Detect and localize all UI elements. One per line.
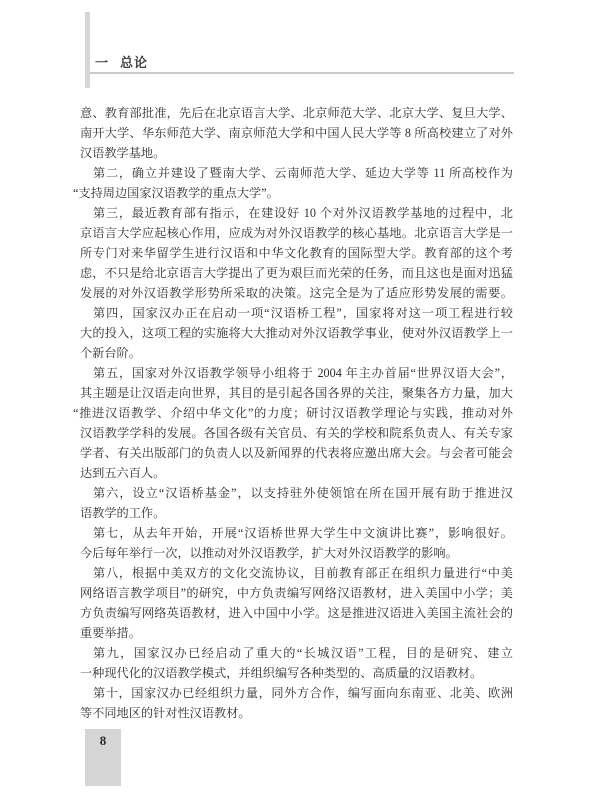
text-line: 达到五六百人。 — [80, 463, 513, 483]
text-line: 第五，国家对外汉语教学领导小组将于 2004 年主办首届“世界汉语大会”， — [80, 363, 513, 383]
text-line: “推进汉语教学、介绍中华文化”的力度；研讨汉语教学理论与实践，推动对外 — [80, 403, 513, 423]
chapter-header: 一 总论 — [95, 52, 148, 71]
page-number-block: 8 — [85, 729, 121, 786]
text-line: 汉语教学基地。 — [80, 143, 513, 163]
text-line: 虑，不只是给北京语言大学提出了更为艰巨而光荣的任务，而且这也是面对迅猛 — [80, 263, 513, 283]
text-line: 重要举措。 — [80, 623, 513, 643]
text-line: 意、教育部批准，先后在北京语言大学、北京师范大学、北京大学、复旦大学、 — [80, 103, 513, 123]
text-line: 第六，设立“汉语桥基金”，以支持驻外使领馆在所在国开展有助于推进汉 — [80, 483, 513, 503]
text-line: 第四，国家汉办正在启动一项“汉语桥工程”，国家将对这一项工程进行较 — [80, 303, 513, 323]
text-line: 其主题是让汉语走向世界，其目的是引起各国各界的关注，聚集各方力量，加大 — [80, 383, 513, 403]
text-line: 第八，根据中美双方的文化交流协议，目前教育部正在组织力量进行“中美 — [80, 563, 513, 583]
text-line: 第十，国家汉办已经组织力量，同外方合作，编写面向东南亚、北美、欧洲 — [80, 683, 513, 703]
text-line: 个新台阶。 — [80, 343, 513, 363]
text-line: 所专门对来华留学生进行汉语和中华文化教育的国际型大学。教育部的这个考 — [80, 243, 513, 263]
text-line: 方负责编写网络英语教材，进入中国中小学。这是推进汉语进入美国主流社会的 — [80, 603, 513, 623]
text-line: 第三，最近教育部有指示，在建设好 10 个对外汉语教学基地的过程中，北 — [80, 203, 513, 223]
scanned-book-page: { "document": { "header": { "chapter_num… — [0, 0, 600, 800]
header-divider — [90, 72, 514, 74]
text-line: 第二，确立并建设了暨南大学、云南师范大学、延边大学等 11 所高校作为 — [80, 163, 513, 183]
text-line: “支持周边国家汉语教学的重点大学”。 — [80, 183, 513, 203]
text-line: 第七，从去年开始，开展“汉语桥世界大学生中文演讲比赛”，影响很好。 — [80, 523, 513, 543]
text-line: 第九，国家汉办已经启动了重大的“长城汉语”工程，目的是研究、建立 — [80, 643, 513, 663]
chapter-title: 总论 — [120, 52, 148, 71]
text-line: 一种现代化的汉语教学模式，并组织编写各种类型的、高质量的汉语教材。 — [80, 663, 513, 683]
text-line: 语教学的工作。 — [80, 503, 513, 523]
text-line: 发展的对外汉语教学形势所采取的决策。这完全是为了适应形势发展的需要。 — [80, 283, 513, 303]
text-line: 汉语教学学科的发展。各国各级有关官员、有关的学校和院系负责人、有关专家 — [80, 423, 513, 443]
chapter-number: 一 — [95, 52, 109, 71]
text-line: 南开大学、华东师范大学、南京师范大学和中国人民大学等 8 所高校建立了对外 — [80, 123, 513, 143]
text-line: 等不同地区的针对性汉语教材。 — [80, 703, 513, 723]
chapter-header-bar — [85, 12, 90, 88]
text-line: 学者、有关出版部门的负责人以及新闻界的代表将应邀出席大会。与会者可能会 — [80, 443, 513, 463]
text-line: 网络语言教学项目”的研究，中方负责编写网络汉语教材，进入美国中小学；美 — [80, 583, 513, 603]
text-line: 今后每年举行一次，以推动对外汉语教学，扩大对外汉语教学的影响。 — [80, 543, 513, 563]
text-line: 京语言大学应起核心作用，应成为对外汉语教学的核心基地。北京语言大学是一 — [80, 223, 513, 243]
body-text: 意、教育部批准，先后在北京语言大学、北京师范大学、北京大学、复旦大学、南开大学、… — [80, 103, 513, 723]
text-line: 大的投入，这项工程的实施将大大推动对外汉语教学事业，使对外汉语教学上一 — [80, 323, 513, 343]
page-number: 8 — [100, 733, 107, 748]
